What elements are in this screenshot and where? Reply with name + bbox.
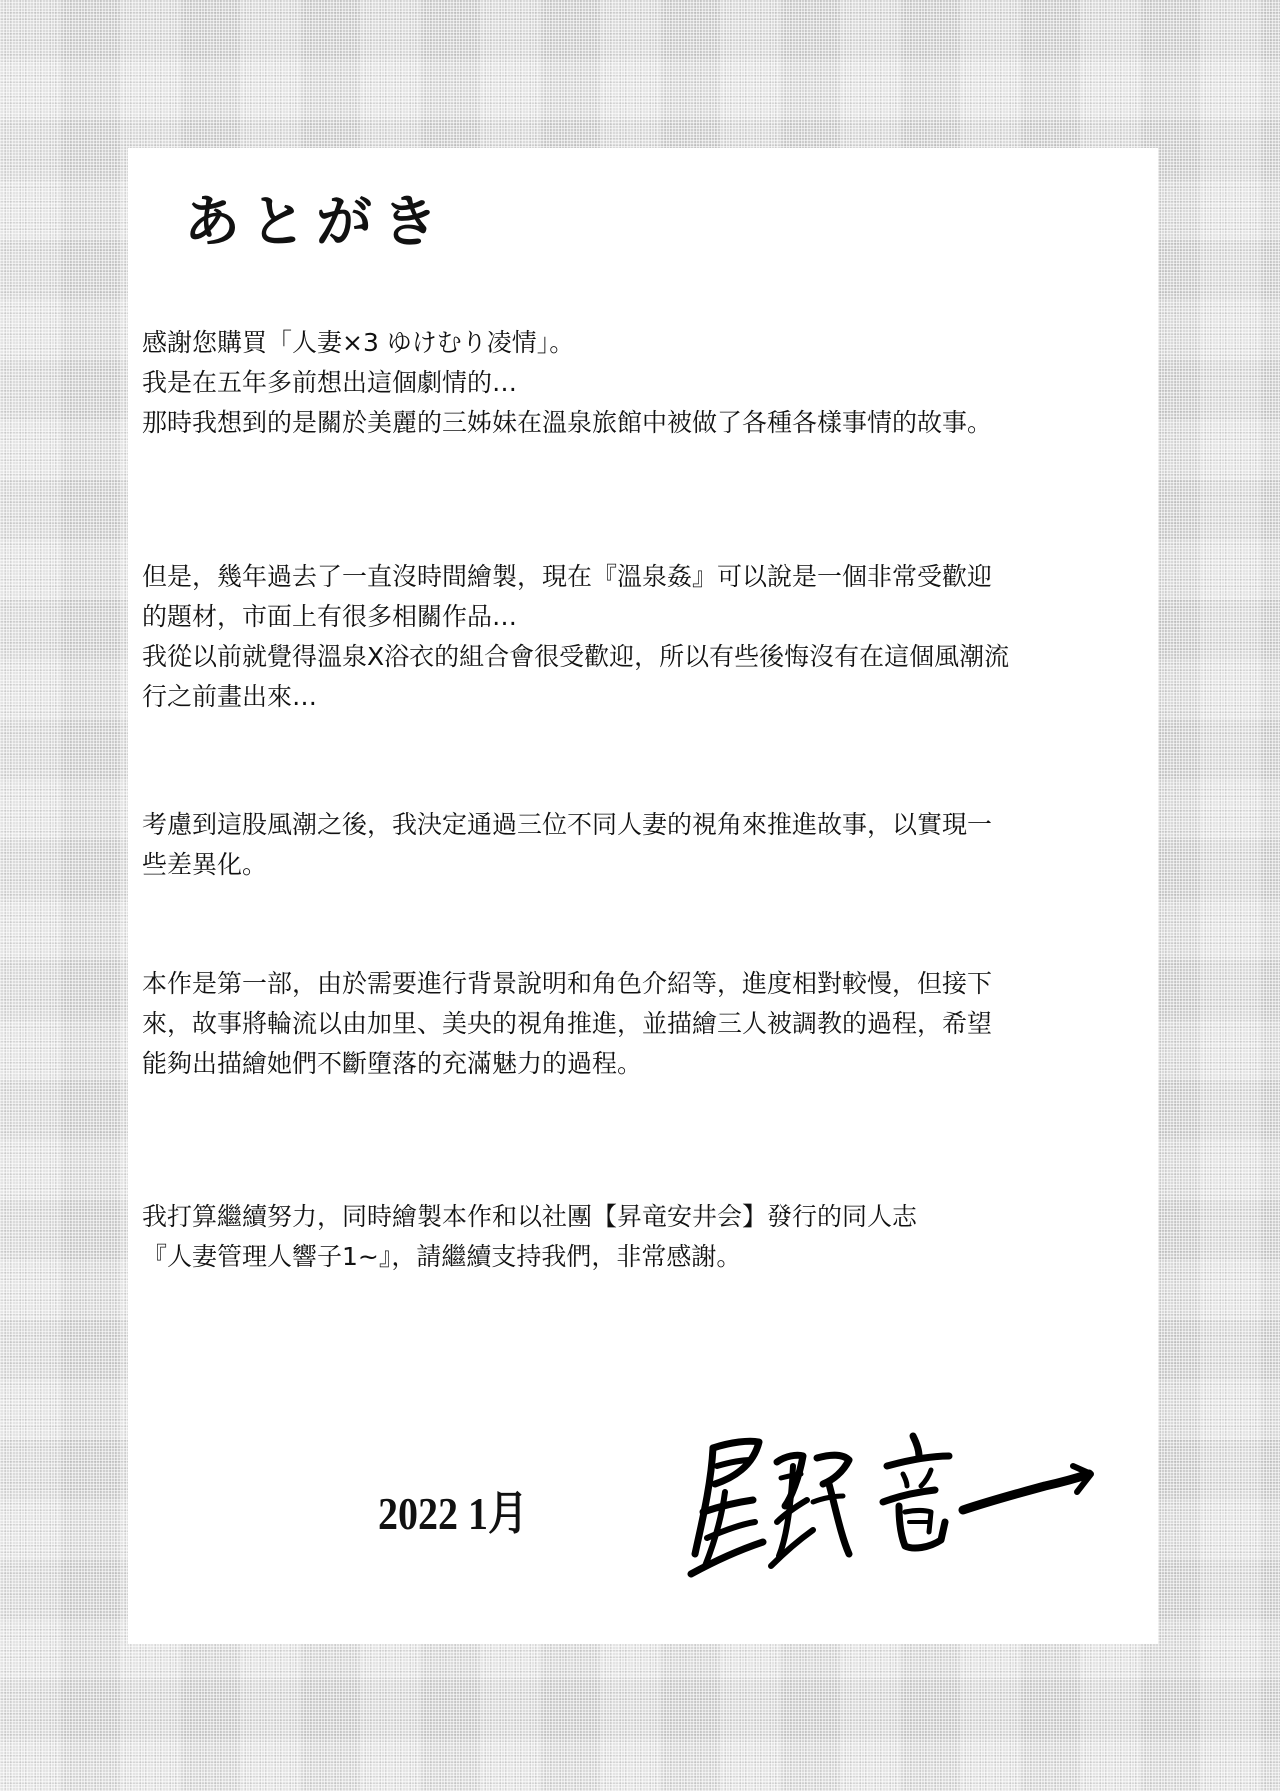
text-line: 那時我想到的是關於美麗的三姊妹在溫泉旅館中被做了各種各樣事情的故事。: [142, 403, 1152, 443]
author-signature: [673, 1426, 1103, 1586]
afterword-page: あとがき 感謝您購買「人妻×3 ゆけむり凌情」。 我是在五年多前想出這個劇情的……: [128, 148, 1158, 1644]
text-line: 的題材，市面上有很多相關作品…: [142, 597, 1152, 637]
paragraph-2: 但是，幾年過去了一直沒時間繪製，現在『溫泉姦』可以說是一個非常受歡迎 的題材，市…: [142, 557, 1152, 717]
text-line: 我打算繼續努力，同時繪製本作和以社團【昇竜安井会】發行的同人志: [142, 1197, 1152, 1237]
text-line: 『人妻管理人響子1~』，請繼續支持我們，非常感謝。: [142, 1237, 1152, 1277]
text-line: 能夠出描繪她們不斷墮落的充滿魅力的過程。: [142, 1044, 1152, 1084]
paragraph-3: 考慮到這股風潮之後，我決定通過三位不同人妻的視角來推進故事，以實現一 些差異化。: [142, 805, 1152, 885]
paragraph-4: 本作是第一部，由於需要進行背景說明和角色介紹等，進度相對較慢，但接下 來，故事將…: [142, 964, 1152, 1084]
text-line: 行之前畫出來…: [142, 677, 1152, 717]
paragraph-5: 我打算繼續努力，同時繪製本作和以社團【昇竜安井会】發行的同人志 『人妻管理人響子…: [142, 1197, 1152, 1277]
text-line: 來，故事將輪流以由加里、美央的視角推進，並描繪三人被調教的過程，希望: [142, 1004, 1152, 1044]
text-line: 感謝您購買「人妻×3 ゆけむり凌情」。: [142, 323, 1152, 363]
text-line: 但是，幾年過去了一直沒時間繪製，現在『溫泉姦』可以說是一個非常受歡迎: [142, 557, 1152, 597]
signature-handwriting-icon: [673, 1426, 1103, 1586]
text-line: 我從以前就覺得溫泉X浴衣的組合會很受歡迎，所以有些後悔沒有在這個風潮流: [142, 637, 1152, 677]
text-line: 我是在五年多前想出這個劇情的…: [142, 363, 1152, 403]
paragraph-1: 感謝您購買「人妻×3 ゆけむり凌情」。 我是在五年多前想出這個劇情的… 那時我想…: [142, 323, 1152, 443]
text-line: 些差異化。: [142, 845, 1152, 885]
date-label: 2022 1月: [378, 1491, 528, 1537]
text-line: 考慮到這股風潮之後，我決定通過三位不同人妻的視角來推進故事，以實現一: [142, 805, 1152, 845]
text-line: 本作是第一部，由於需要進行背景說明和角色介紹等，進度相對較慢，但接下: [142, 964, 1152, 1004]
page-title: あとがき: [184, 194, 448, 250]
